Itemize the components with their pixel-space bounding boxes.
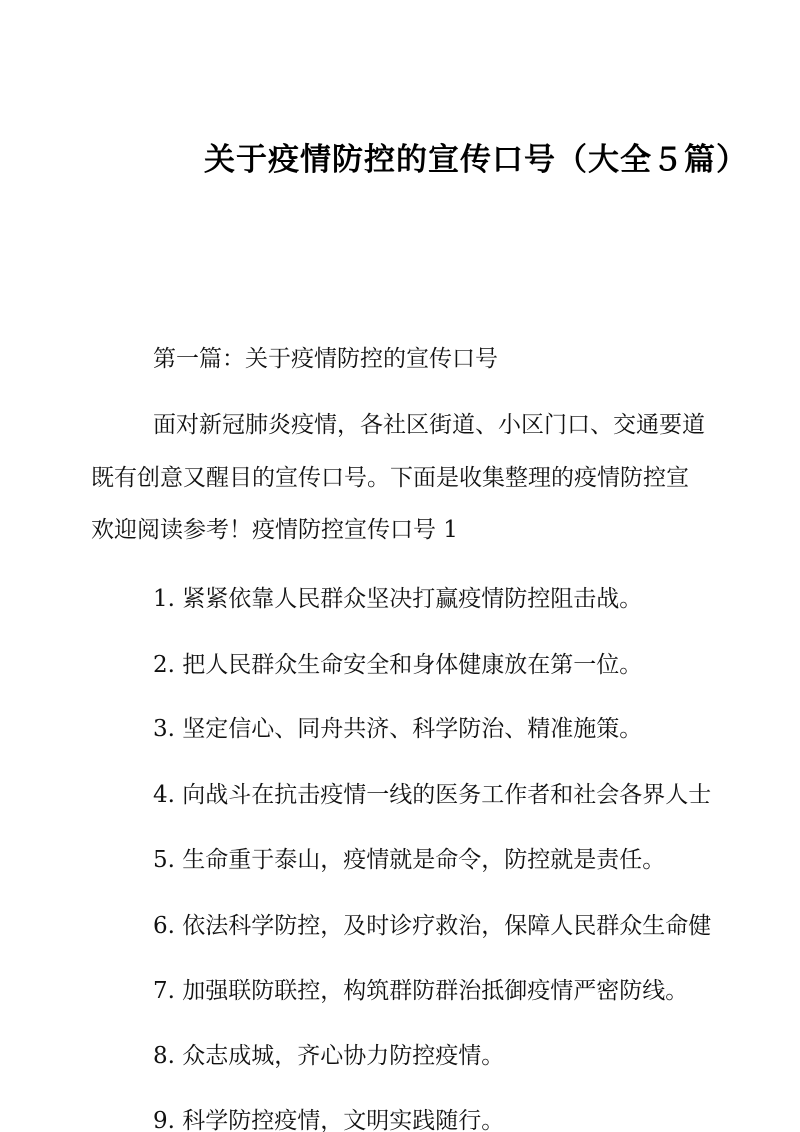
intro-line-1: 面对新冠肺炎疫情，各社区街道、小区门口、交通要道 xyxy=(153,410,705,440)
intro-line-3: 欢迎阅读参考！疫情防控宣传口号 1 xyxy=(91,515,458,545)
slogan-item-8: 8. 众志成城，齐心协力防控疫情。 xyxy=(153,1041,504,1071)
slogan-item-9: 9. 科学防控疫情，文明实践随行。 xyxy=(153,1106,504,1132)
document-page: 关于疫情防控的宣传口号（大全５篇） 第一篇：关于疫情防控的宣传口号 面对新冠肺炎… xyxy=(0,0,800,1132)
intro-line-2: 既有创意又醒目的宣传口号。下面是收集整理的疫情防控宣 xyxy=(91,463,689,493)
slogan-item-7: 7. 加强联防联控，构筑群防群治抵御疫情严密防线。 xyxy=(153,976,688,1006)
slogan-item-5: 5. 生命重于泰山，疫情就是命令，防控就是责任。 xyxy=(153,845,665,875)
slogan-item-1: 1. 紧紧依靠人民群众坚决打赢疫情防控阻击战。 xyxy=(153,584,642,614)
document-title: 关于疫情防控的宣传口号（大全５篇） xyxy=(204,140,748,180)
slogan-item-2: 2. 把人民群众生命安全和身体健康放在第一位。 xyxy=(153,650,642,680)
slogan-item-4: 4. 向战斗在抗击疫情一线的医务工作者和社会各界人士 xyxy=(153,780,711,810)
slogan-item-6: 6. 依法科学防控，及时诊疗救治，保障人民群众生命健 xyxy=(153,911,711,941)
slogan-item-3: 3. 坚定信心、同舟共济、科学防治、精准施策。 xyxy=(153,714,642,744)
section-heading: 第一篇：关于疫情防控的宣传口号 xyxy=(153,344,498,374)
